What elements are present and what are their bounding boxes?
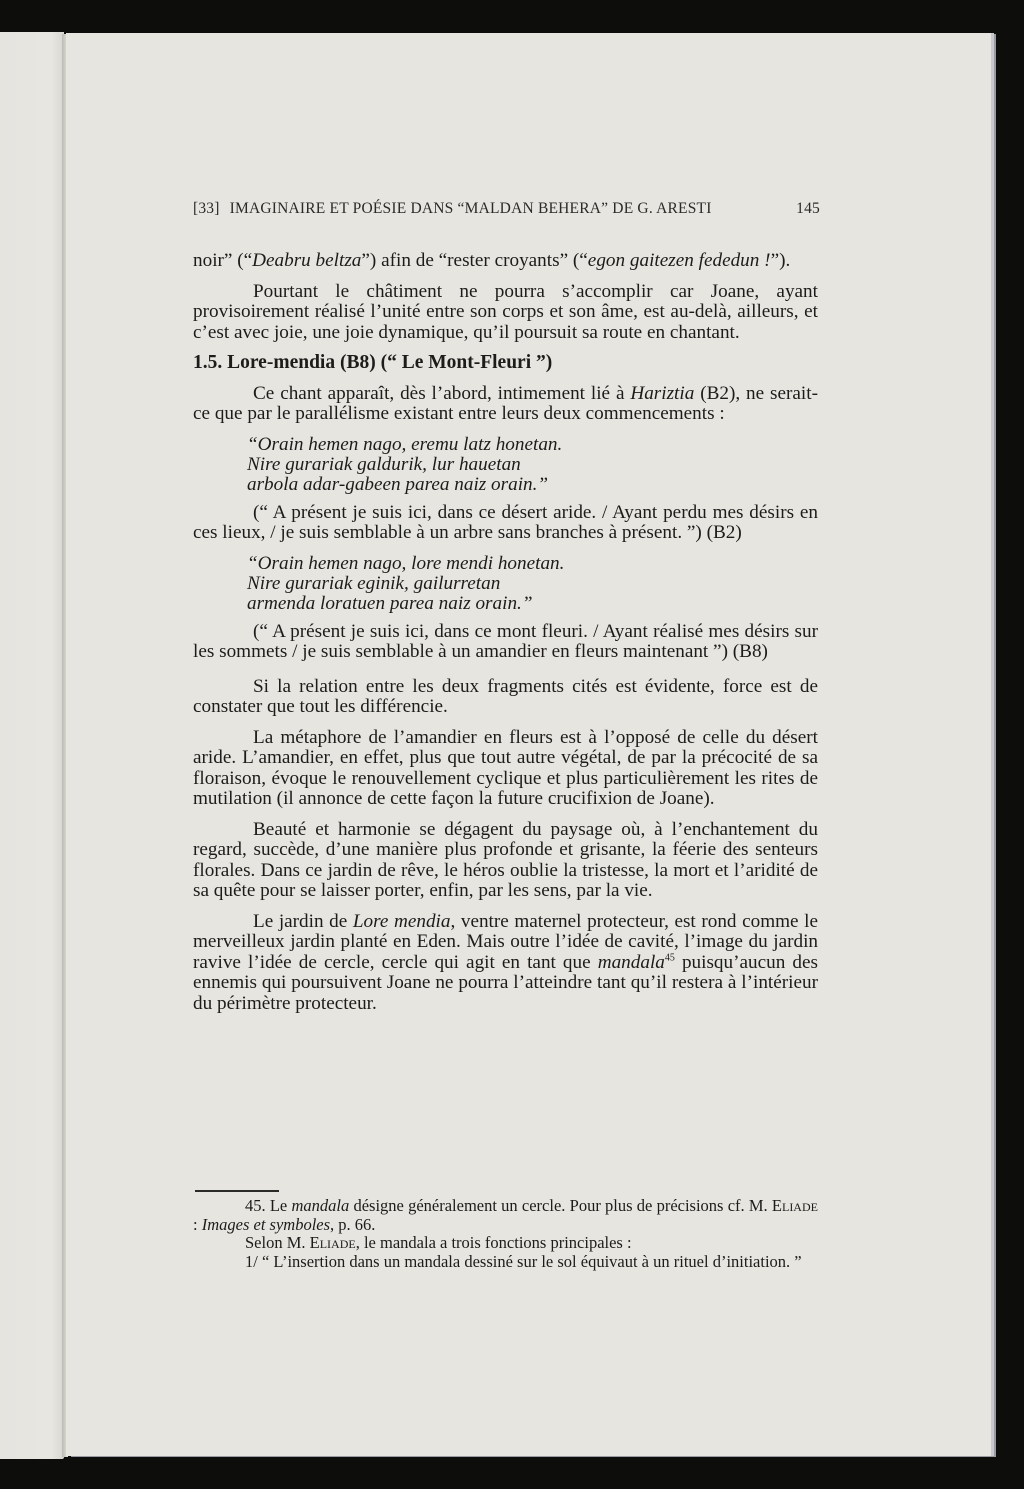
paragraph: Le jardin de Lore mendia, ventre materne… xyxy=(193,912,818,1015)
verse-line: armenda loratuen parea naiz orain.” xyxy=(247,594,818,614)
paragraph: La métaphore de l’amandier en fleurs est… xyxy=(193,728,818,810)
paragraph: Ce chant apparaît, dès l’abord, intimeme… xyxy=(193,384,818,425)
footnote-continuation: 1/ “ L’insertion dans un mandala dessiné… xyxy=(193,1253,818,1272)
footnote-divider xyxy=(195,1190,279,1192)
footnote-continuation: Selon M. Eliade, le mandala a trois fonc… xyxy=(193,1234,818,1253)
translation: (“ A présent je suis ici, dans ce mont f… xyxy=(193,622,818,663)
footnotes: 45. Le mandala désigne généralement un c… xyxy=(193,1197,818,1271)
page-number: 145 xyxy=(796,200,820,218)
text-run: Selon M. xyxy=(245,1233,310,1252)
book-title: Images et symboles xyxy=(202,1215,330,1234)
song-title: Lore mendia xyxy=(353,911,451,932)
body-text: noir” (“Deabru beltza”) afin de “rester … xyxy=(193,251,818,1024)
verse-line: “Orain hemen nago, eremu latz honetan. xyxy=(247,435,818,455)
running-head: [33] IMAGINAIRE ET POÉSIE DANS “MALDAN B… xyxy=(193,200,820,218)
song-title: Hariztia xyxy=(630,383,694,404)
verse-line: Nire gurariak eginik, gailurretan xyxy=(247,574,818,594)
section-number: [33] xyxy=(193,200,220,218)
term: mandala xyxy=(598,952,665,973)
text-run: Le jardin de xyxy=(253,911,353,932)
footnote-ref[interactable]: 45 xyxy=(665,952,675,963)
paragraph: Pourtant le châtiment ne pourra s’accomp… xyxy=(193,282,818,344)
text-run: , p. 66. xyxy=(330,1215,375,1234)
author-name: Eliade xyxy=(772,1196,818,1215)
text-run: , le mandala a trois fonctions principal… xyxy=(356,1233,632,1252)
basque-quote: egon gaitezen fededun ! xyxy=(588,250,771,271)
term: mandala xyxy=(291,1196,349,1215)
facing-page-edge xyxy=(0,32,64,1459)
verse-quote-b2: “Orain hemen nago, eremu latz honetan. N… xyxy=(247,435,818,495)
book-page: [33] IMAGINAIRE ET POÉSIE DANS “MALDAN B… xyxy=(66,33,991,1456)
paragraph: Beauté et harmonie se dégagent du paysag… xyxy=(193,820,818,902)
text-run: ”). xyxy=(771,250,791,271)
text-run: noir” (“ xyxy=(193,250,252,271)
verse-line: arbola adar-gabeen parea naiz orain.” xyxy=(247,475,818,495)
section-heading: 1.5. Lore-mendia (B8) (“ Le Mont-Fleuri … xyxy=(193,353,818,374)
translation: (“ A présent je suis ici, dans ce désert… xyxy=(193,503,818,544)
text-run: Ce chant apparaît, dès l’abord, intimeme… xyxy=(253,383,630,404)
paragraph: noir” (“Deabru beltza”) afin de “rester … xyxy=(193,251,818,272)
text-run: 45. Le xyxy=(245,1196,291,1215)
verse-line: “Orain hemen nago, lore mendi honetan. xyxy=(247,554,818,574)
text-run: ”) afin de “rester croyants” (“ xyxy=(361,250,587,271)
text-run: désigne généralement un cercle. Pour plu… xyxy=(349,1196,772,1215)
paragraph: Si la relation entre les deux fragments … xyxy=(193,677,818,718)
verse-line: Nire gurariak galdurik, lur hauetan xyxy=(247,455,818,475)
running-title: IMAGINAIRE ET POÉSIE DANS “MALDAN BEHERA… xyxy=(230,200,797,218)
verse-quote-b8: “Orain hemen nago, lore mendi honetan. N… xyxy=(247,554,818,614)
author-name: Eliade xyxy=(310,1233,356,1252)
text-run: : xyxy=(193,1215,202,1234)
footnote-45: 45. Le mandala désigne généralement un c… xyxy=(193,1197,818,1234)
basque-quote: Deabru beltza xyxy=(252,250,361,271)
